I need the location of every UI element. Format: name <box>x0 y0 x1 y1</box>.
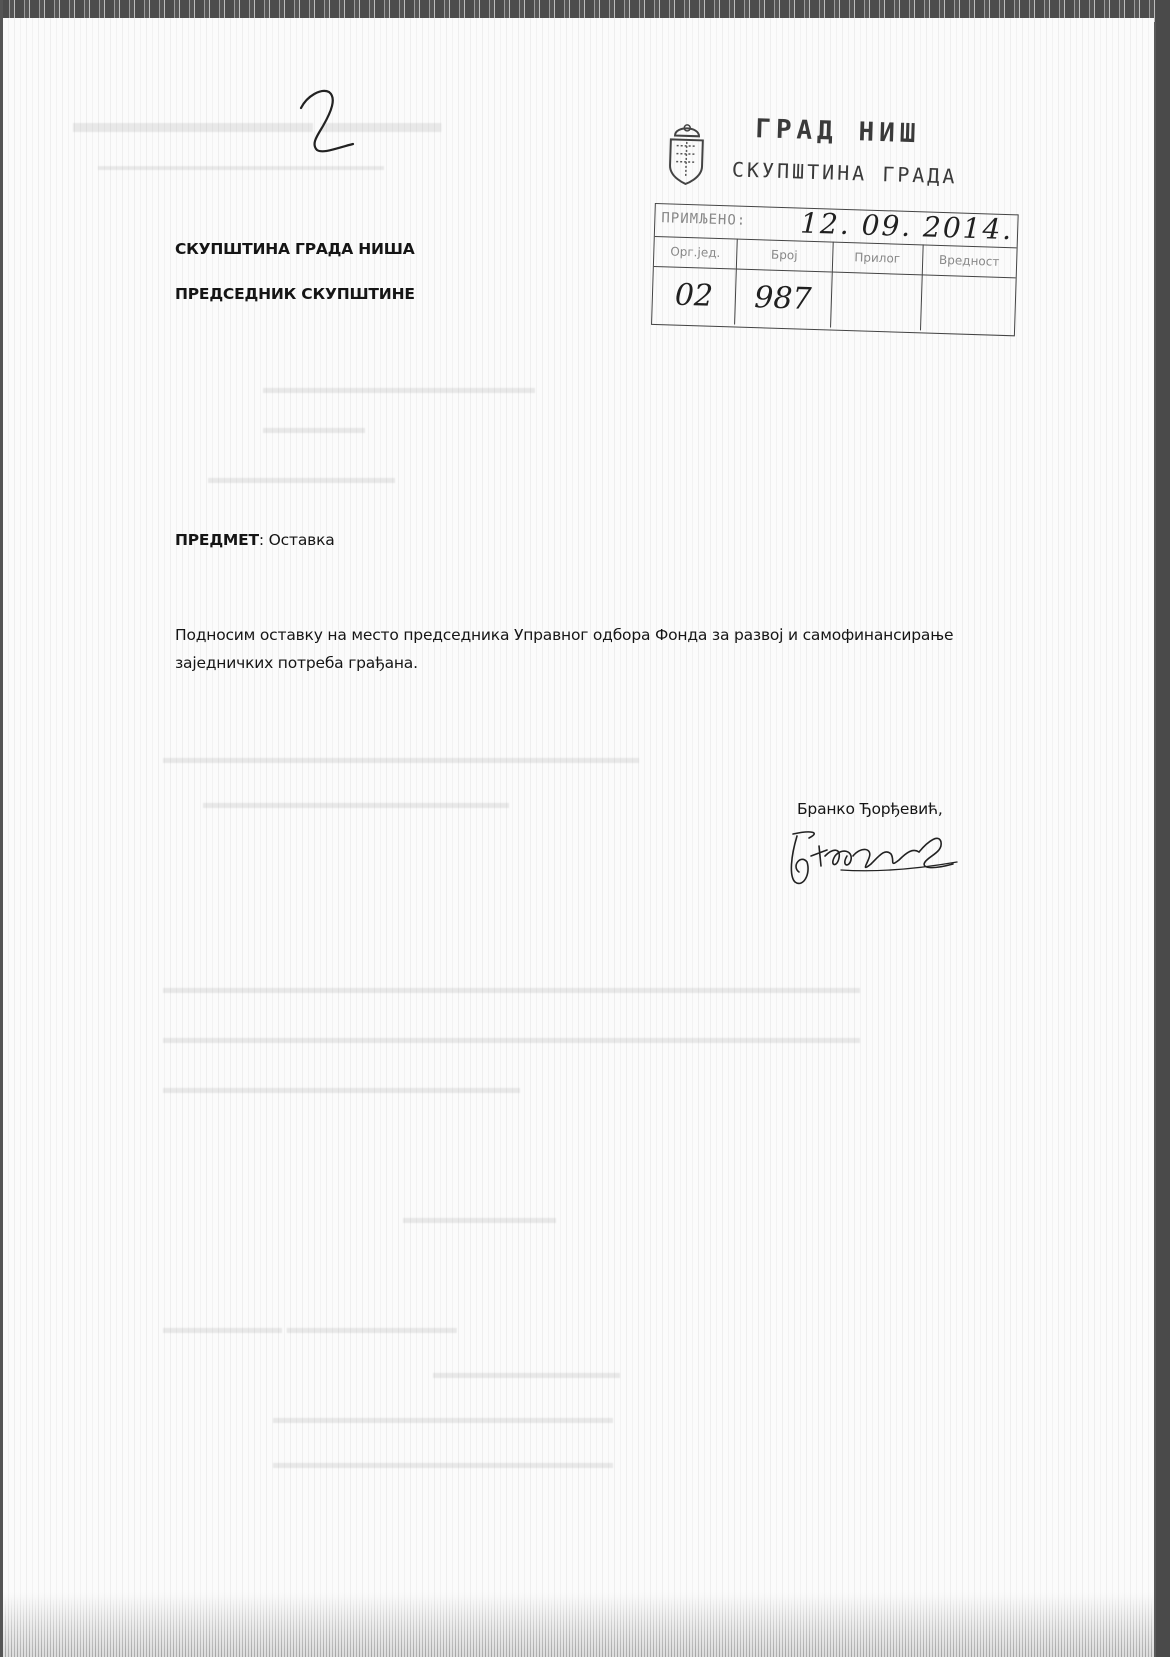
stamp-cell-attachment: Прилог <box>830 242 924 331</box>
show-through-text: ▬▬▬▬▬▬▬▬▬▬▬▬▬▬▬▬▬▬▬▬▬▬▬▬▬▬▬▬▬▬▬▬▬▬▬▬▬▬▬▬… <box>163 1028 860 1048</box>
subject-line: ПРЕДМЕТ: Оставка <box>175 531 335 549</box>
stamp-registration-table: ПРИМЉЕНО: 12. 09. 2014. Орг.јед. 02 Број… <box>651 203 1019 336</box>
stamp-cell-header: Прилог <box>832 242 923 276</box>
body-line-1: Подносим оставку на место председника Уп… <box>175 626 953 644</box>
body-line-2: заједничких потреба грађана. <box>175 654 418 672</box>
coat-of-arms-icon <box>663 121 709 188</box>
stamp-cell-header: Вредност <box>922 244 1017 278</box>
subject-value: Оставка <box>264 531 335 549</box>
handwritten-two-icon <box>293 86 363 166</box>
received-date: 12. 09. 2014. <box>800 207 1014 247</box>
show-through-text: ▬▬▬▬▬▬ <box>263 418 365 438</box>
stamp-city-name: ГРАД НИШ <box>755 114 921 149</box>
scan-artifact-stripes <box>3 1597 1154 1657</box>
stamp-cell-org-unit: Орг.јед. 02 <box>652 236 738 325</box>
stamp-cell-value-column: Вредност <box>920 244 1017 333</box>
stamp-cell-header: Орг.јед. <box>654 236 737 270</box>
show-through-text: ▬▬▬▬▬▬▬▬▬ <box>403 1208 556 1228</box>
show-through-text: ▬▬▬▬▬▬▬▬▬▬▬ <box>208 468 395 488</box>
subject-label: ПРЕДМЕТ <box>175 531 259 549</box>
handwritten-signature <box>781 826 961 901</box>
show-through-text: ▬▬▬▬▬▬▬▬▬▬▬ <box>433 1363 620 1383</box>
page-number-value: 2 <box>363 86 364 87</box>
stamp-cell-value: 987 <box>734 269 832 328</box>
reception-stamp: ГРАД НИШ СКУПШТИНА ГРАДА ПРИМЉЕНО: 12. 0… <box>650 103 1038 365</box>
show-through-text: ▬▬▬▬▬▬▬▬▬▬▬▬▬▬▬▬▬▬▬▬▬ <box>163 1078 520 1098</box>
signatory-name: Бранко Ђорђевић, <box>797 800 943 818</box>
show-through-text: ▬▬▬▬▬▬▬▬ ▬▬▬▬ <box>73 106 441 140</box>
stamp-cell-header: Број <box>736 239 833 273</box>
show-through-text: ▬▬▬▬▬▬▬ ▬▬▬▬▬▬▬▬▬▬ <box>163 1318 457 1338</box>
stamp-cell-value: 02 <box>652 266 736 325</box>
recipient-line-1: СКУПШТИНА ГРАДА НИША <box>175 240 415 258</box>
scanned-page: ▬▬▬▬▬▬▬▬ ▬▬▬▬ ▬▬▬▬▬▬▬▬▬▬▬▬▬▬▬▬▬▬▬▬▬▬ ▬▬▬… <box>3 18 1154 1657</box>
show-through-text: ▬▬▬▬▬▬▬▬▬▬▬▬▬▬▬▬ <box>263 378 535 398</box>
show-through-text: ▬▬▬▬▬▬▬▬▬▬▬▬▬▬▬▬▬▬▬▬▬▬▬▬▬▬▬▬▬▬▬▬▬▬▬▬▬▬▬▬… <box>163 978 860 998</box>
received-label: ПРИМЉЕНО: <box>661 210 746 229</box>
recipient-line-2: ПРЕДСЕДНИК СКУПШТИНЕ <box>175 285 415 303</box>
scanner-border-right <box>1156 0 1170 1657</box>
show-through-text: ▬▬▬▬▬▬▬▬▬▬▬▬▬▬▬▬▬▬ <box>203 793 509 813</box>
show-through-text: ▬▬▬▬▬▬▬▬▬▬▬▬▬▬▬▬▬▬▬▬ <box>273 1453 613 1473</box>
show-through-text: ▬▬▬▬▬▬▬▬▬▬▬▬▬▬▬▬▬▬▬▬ <box>273 1408 613 1428</box>
stamp-cell-value <box>920 274 1016 333</box>
stamp-cell-value <box>830 272 922 331</box>
stamp-assembly-name: СКУПШТИНА ГРАДА <box>732 157 958 188</box>
show-through-text: ▬▬▬▬▬▬▬▬▬▬▬▬▬▬▬▬▬▬▬▬▬▬▬▬▬▬▬▬ <box>163 748 639 768</box>
signature-icon <box>781 826 961 896</box>
handwritten-page-number: 2 <box>293 86 363 171</box>
stamp-cell-number: Број 987 <box>734 239 834 328</box>
